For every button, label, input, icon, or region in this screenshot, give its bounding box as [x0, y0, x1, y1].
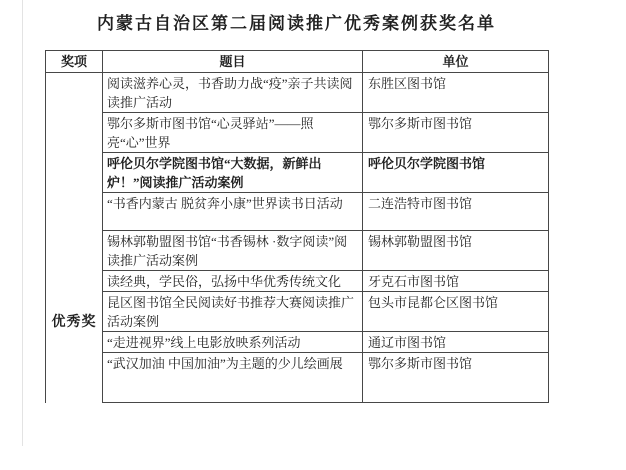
- table-header-row: 奖项 题目 单位: [46, 51, 549, 73]
- table-row: 呼伦贝尔学院图书馆“大数据，新鲜出炉！”阅读推广活动案例 呼伦贝尔学院图书馆: [46, 153, 549, 193]
- cell-title: “书香内蒙古 脱贫奔小康”世界读书日活动: [103, 193, 363, 231]
- table-row: “书香内蒙古 脱贫奔小康”世界读书日活动 二连浩特市图书馆: [46, 193, 549, 231]
- header-unit: 单位: [363, 51, 549, 73]
- scan-edge-line: [22, 0, 23, 446]
- header-title: 题目: [103, 51, 363, 73]
- cell-unit: 二连浩特市图书馆: [363, 193, 549, 231]
- table-row: “走进视界”线上电影放映系列活动 通辽市图书馆: [46, 332, 549, 353]
- table-row: “武汉加油 中国加油”为主题的少儿绘画展 鄂尔多斯市图书馆: [46, 353, 549, 403]
- cell-unit: 包头市昆都仑区图书馆: [363, 292, 549, 332]
- cell-title: 鄂尔多斯市图书馆“心灵驿站”——照亮“心”世界: [103, 113, 363, 153]
- cell-unit: 锡林郭勒盟图书馆: [363, 231, 549, 271]
- table-row: 锡林郭勒盟图书馆“书香锡林 ·数字阅读”阅读推广活动案例 锡林郭勒盟图书馆: [46, 231, 549, 271]
- cell-title: 读经典，学民俗，弘扬中华优秀传统文化: [103, 271, 363, 292]
- cell-unit: 牙克石市图书馆: [363, 271, 549, 292]
- cell-unit: 呼伦贝尔学院图书馆: [363, 153, 549, 193]
- document-page: 内蒙古自治区第二届阅读推广优秀案例获奖名单 奖项 题目 单位 优秀奖 阅读滋养心…: [0, 0, 626, 470]
- cell-unit: 鄂尔多斯市图书馆: [363, 113, 549, 153]
- page-title: 内蒙古自治区第二届阅读推广优秀案例获奖名单: [45, 12, 548, 36]
- table-row: 优秀奖 阅读滋养心灵，书香助力战“疫”亲子共读阅读推广活动 东胜区图书馆: [46, 73, 549, 113]
- cell-title: “走进视界”线上电影放映系列活动: [103, 332, 363, 353]
- cell-unit: 东胜区图书馆: [363, 73, 549, 113]
- cell-title: “武汉加油 中国加油”为主题的少儿绘画展: [103, 353, 363, 403]
- cell-title: 锡林郭勒盟图书馆“书香锡林 ·数字阅读”阅读推广活动案例: [103, 231, 363, 271]
- table-row: 读经典，学民俗，弘扬中华优秀传统文化 牙克石市图书馆: [46, 271, 549, 292]
- award-label: 优秀奖: [46, 313, 102, 332]
- award-category-cell: 优秀奖: [46, 73, 103, 403]
- cell-title: 阅读滋养心灵，书香助力战“疫”亲子共读阅读推广活动: [103, 73, 363, 113]
- cell-title: 呼伦贝尔学院图书馆“大数据，新鲜出炉！”阅读推广活动案例: [103, 153, 363, 193]
- cell-unit: 鄂尔多斯市图书馆: [363, 353, 549, 403]
- table-row: 鄂尔多斯市图书馆“心灵驿站”——照亮“心”世界 鄂尔多斯市图书馆: [46, 113, 549, 153]
- table-row: 昆区图书馆全民阅读好书推荐大赛阅读推广活动案例 包头市昆都仑区图书馆: [46, 292, 549, 332]
- cell-unit: 通辽市图书馆: [363, 332, 549, 353]
- cell-title: 昆区图书馆全民阅读好书推荐大赛阅读推广活动案例: [103, 292, 363, 332]
- document-content: 内蒙古自治区第二届阅读推广优秀案例获奖名单 奖项 题目 单位 优秀奖 阅读滋养心…: [45, 8, 548, 403]
- header-award: 奖项: [46, 51, 103, 73]
- award-table: 奖项 题目 单位 优秀奖 阅读滋养心灵，书香助力战“疫”亲子共读阅读推广活动 东…: [45, 50, 549, 403]
